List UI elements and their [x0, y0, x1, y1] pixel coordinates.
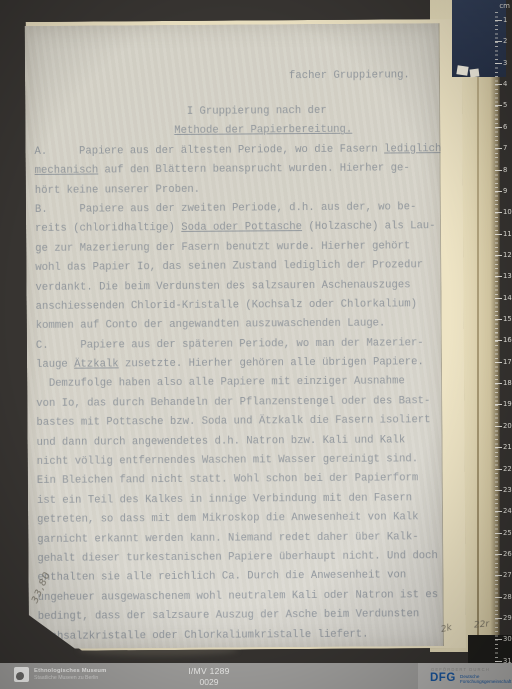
typed-line: mechanisch auf den Blättern beansprucht …	[35, 159, 442, 181]
ruler-label: 5	[503, 102, 512, 108]
typed-line: getreten, so dass mit dem Mikroskop die …	[37, 508, 444, 530]
cm-ruler: cm 1234567891011121314151617181920212223…	[495, 0, 512, 664]
ruler-label: 30	[503, 636, 512, 642]
typed-line: Kochsalzkristalle oder Chlorkaliumkrista…	[38, 625, 445, 647]
typed-line: bedingt, dass der salzsaure Auszug der A…	[38, 605, 445, 627]
ruler-tick	[495, 191, 502, 192]
ruler-label: 9	[503, 188, 512, 194]
dfg-org-name: Deutsche Forschungsgemeinschaft	[460, 674, 511, 685]
typed-line: Demzufolge haben also alle Papiere mit e…	[36, 373, 443, 395]
ruler-label: 22	[503, 466, 512, 472]
ruler-tick	[495, 426, 502, 427]
typed-line: reits (chloridhaltige) Soda oder Pottasc…	[35, 217, 442, 239]
ruler-tick	[495, 20, 502, 21]
typed-text-layer: facher Gruppierung. I Gruppierung nach d…	[25, 23, 444, 649]
ruler-label: 8	[503, 167, 512, 173]
page-edge-crease	[477, 70, 479, 644]
torn-paper-bit	[456, 65, 468, 76]
typed-text-block: I Gruppierung nach der Methode der Papie…	[34, 101, 445, 647]
ruler-label: 15	[503, 316, 512, 322]
typed-line: enthalten sie alle reichlich Ca. Durch d…	[37, 566, 444, 588]
ruler-tick	[495, 319, 502, 320]
typed-line: Ein Bleichen fand nicht statt. Wohl scho…	[37, 470, 444, 492]
ruler-label: 25	[503, 530, 512, 536]
typed-line: kommen auf Conto der angewandten auszuwa…	[36, 314, 443, 336]
ruler-label: 6	[503, 124, 512, 130]
reference-block: I/MV 1289 0029	[0, 666, 418, 687]
ruler-tick	[495, 533, 502, 534]
ruler-label: 28	[503, 594, 512, 600]
ruler-label: 16	[503, 337, 512, 343]
ruler-tick	[495, 170, 502, 171]
ruler-tick	[495, 63, 502, 64]
ruler-unit-label: cm	[499, 2, 510, 10]
ruler-tick	[495, 41, 502, 42]
scan-page-number: 0029	[0, 677, 418, 687]
document-sheet: facher Gruppierung. I Gruppierung nach d…	[25, 19, 466, 652]
ruler-label: 17	[503, 359, 512, 365]
ruler-tick	[495, 234, 502, 235]
ruler-tick	[495, 469, 502, 470]
pencil-note-edge-2: 22r	[474, 619, 490, 630]
ruler-label: 4	[503, 81, 512, 87]
ruler-tick	[495, 383, 502, 384]
ruler-tick	[495, 148, 502, 149]
ruler-tick	[495, 618, 502, 619]
ruler-label: 24	[503, 508, 512, 514]
ruler-tick	[495, 554, 502, 555]
ruler-label: 23	[503, 487, 512, 493]
ruler-label: 3	[503, 60, 512, 66]
ruler-tick	[495, 575, 502, 576]
ruler-tick	[495, 511, 502, 512]
dfg-org-name-line2: Forschungsgemeinschaft	[460, 679, 511, 684]
ruler-label: 14	[503, 295, 512, 301]
ruler-tick	[495, 105, 502, 106]
ruler-label: 19	[503, 401, 512, 407]
ruler-label: 2	[503, 38, 512, 44]
ruler-tick	[495, 212, 502, 213]
ruler-tick	[495, 661, 502, 662]
ruler-label: 13	[503, 273, 512, 279]
scan-viewport: facher Gruppierung. I Gruppierung nach d…	[0, 0, 512, 689]
tissue-guard-sheet: facher Gruppierung. I Gruppierung nach d…	[25, 23, 444, 649]
ruler-tick	[495, 84, 502, 85]
ruler-tick	[495, 447, 502, 448]
reference-number: I/MV 1289	[0, 666, 418, 676]
ruler-label: 7	[503, 145, 512, 151]
ruler-label: 20	[503, 423, 512, 429]
ruler-label: 26	[503, 551, 512, 557]
typed-fragment-line: facher Gruppierung.	[289, 69, 410, 82]
ruler-tick	[495, 639, 502, 640]
ruler-tick	[495, 404, 502, 405]
ruler-tick	[495, 490, 502, 491]
footer-bar: Ethnologisches Museum Staatliche Museen …	[0, 663, 512, 689]
ruler-label: 21	[503, 444, 512, 450]
ruler-tick	[495, 298, 502, 299]
ruler-label: 12	[503, 252, 512, 258]
ruler-tick	[495, 597, 502, 598]
ruler-minor-ticks	[495, 12, 498, 662]
dfg-logo: DFG	[430, 672, 456, 684]
ruler-tick	[495, 340, 502, 341]
ruler-label: 1	[503, 17, 512, 23]
torn-paper-bit	[470, 68, 480, 77]
ruler-label: 10	[503, 209, 512, 215]
dfg-funding-panel: GEFÖRDERT DURCH DFG Deutsche Forschungsg…	[418, 663, 512, 689]
typed-line: wohl das Papier Io, das seinen Zustand l…	[35, 256, 442, 278]
typed-line: bastes mit Pottasche bzw. Soda und Ätzka…	[36, 411, 443, 433]
ruler-tick	[495, 127, 502, 128]
ruler-label: 11	[503, 231, 512, 237]
ruler-tick	[495, 362, 502, 363]
ruler-tick	[495, 276, 502, 277]
ruler-label: 18	[503, 380, 512, 386]
ruler-label: 27	[503, 572, 512, 578]
ruler-label: 29	[503, 615, 512, 621]
ruler-tick	[495, 255, 502, 256]
